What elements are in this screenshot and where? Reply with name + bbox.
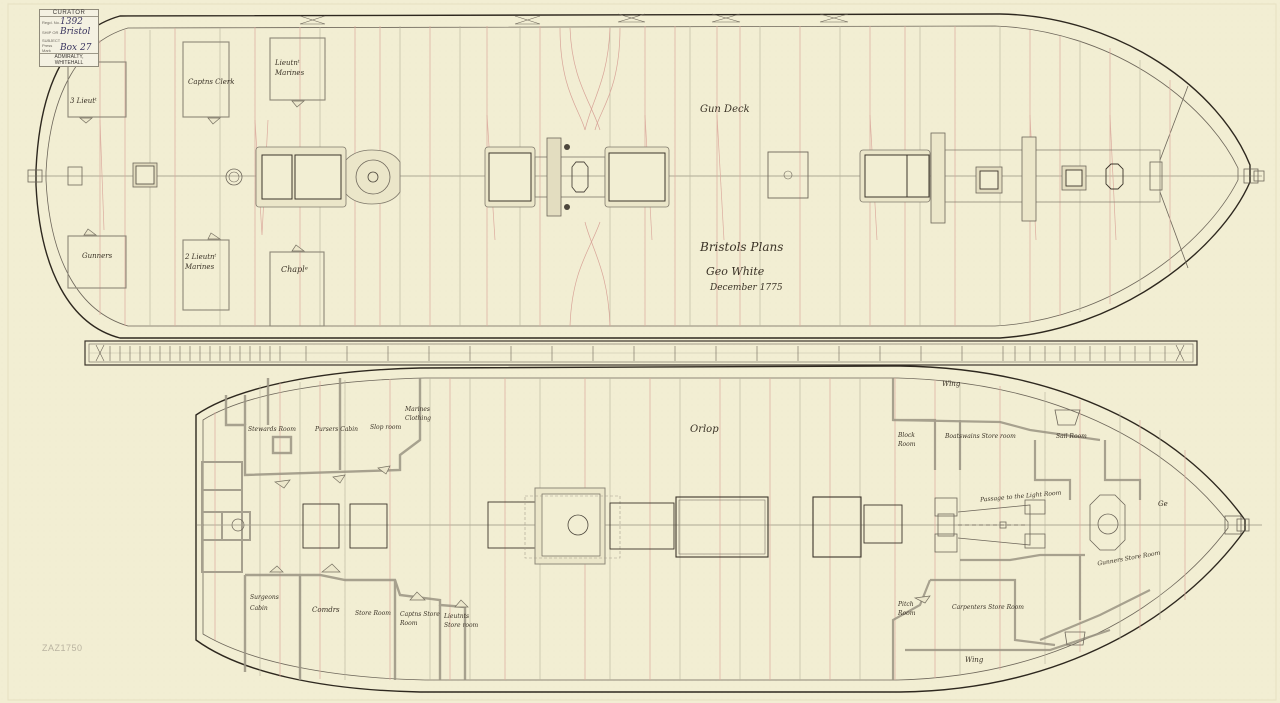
room-label-lieutenant: 3 Lieutᵗ: [70, 97, 97, 105]
reference-number: ZAZ1750: [42, 643, 83, 653]
stamp-row-ship: SHIP OR Bristol: [40, 27, 98, 37]
room-label-chaplain: Chaplᵉ: [281, 265, 308, 274]
stamp-row-regd: Regd. No. 1392: [40, 17, 98, 27]
ship-plan-sheet: CURATOR Regd. No. 1392 SHIP OR Bristol S…: [0, 0, 1280, 703]
room-label-wing-bottom: Wing: [965, 656, 983, 664]
room-label-lieutenant-marines: Lieutnᵗ Marines: [275, 58, 325, 78]
room-label-boatswains-store-room: Boatswains Store room: [945, 433, 1016, 440]
room-label-lieutenants-store-room: Lieutnts Store room: [444, 612, 484, 630]
ship-plan-drawing: [0, 0, 1280, 703]
room-label-captains-store-room: Captns Store Room: [400, 610, 440, 628]
plan-date: December 1775: [710, 283, 783, 293]
orlop-title: Orlop: [690, 424, 719, 435]
room-label-block-room: Block Room: [898, 431, 928, 449]
room-label-store-room: Store Room: [355, 610, 391, 617]
curator-stamp: CURATOR Regd. No. 1392 SHIP OR Bristol S…: [39, 9, 99, 67]
room-label-commanders: Comdrs: [312, 606, 340, 614]
room-label-captains-clerk: Captns Clerk: [188, 78, 234, 86]
room-label-pursers-cabin: Pursers Cabin: [315, 426, 358, 433]
room-label-marines-clothing: Marines Clothing: [405, 405, 441, 423]
stamp-footer: ADMIRALTY, WHITEHALL: [40, 53, 98, 66]
room-label-carpenters-store-room: Carpenters Store Room: [952, 604, 1024, 611]
draughtsman-signature: Geo White: [706, 265, 764, 278]
room-label-pitch-room: Pitch Room: [898, 600, 928, 618]
room-label-slop-room: Slop room: [370, 424, 401, 431]
bow-mark: Ge: [1158, 500, 1168, 508]
stamp-row-pressmark: Press Mark Box 27: [40, 43, 98, 53]
room-label-stewards-room: Stewards Room: [248, 426, 296, 433]
stamp-header: CURATOR: [40, 10, 98, 17]
room-label-sail-room: Sail Room: [1056, 433, 1087, 440]
room-label-2nd-lieutenant-marines: 2 Lieutnᵗ Marines: [185, 252, 229, 272]
gun-deck-title: Gun Deck: [700, 104, 750, 115]
room-label-surgeons-cabin: Surgeons Cabin: [250, 592, 290, 614]
room-label-gunners: Gunners: [82, 252, 112, 260]
plan-title: Bristols Plans: [700, 240, 783, 254]
room-label-wing-top: Wing: [942, 380, 960, 388]
